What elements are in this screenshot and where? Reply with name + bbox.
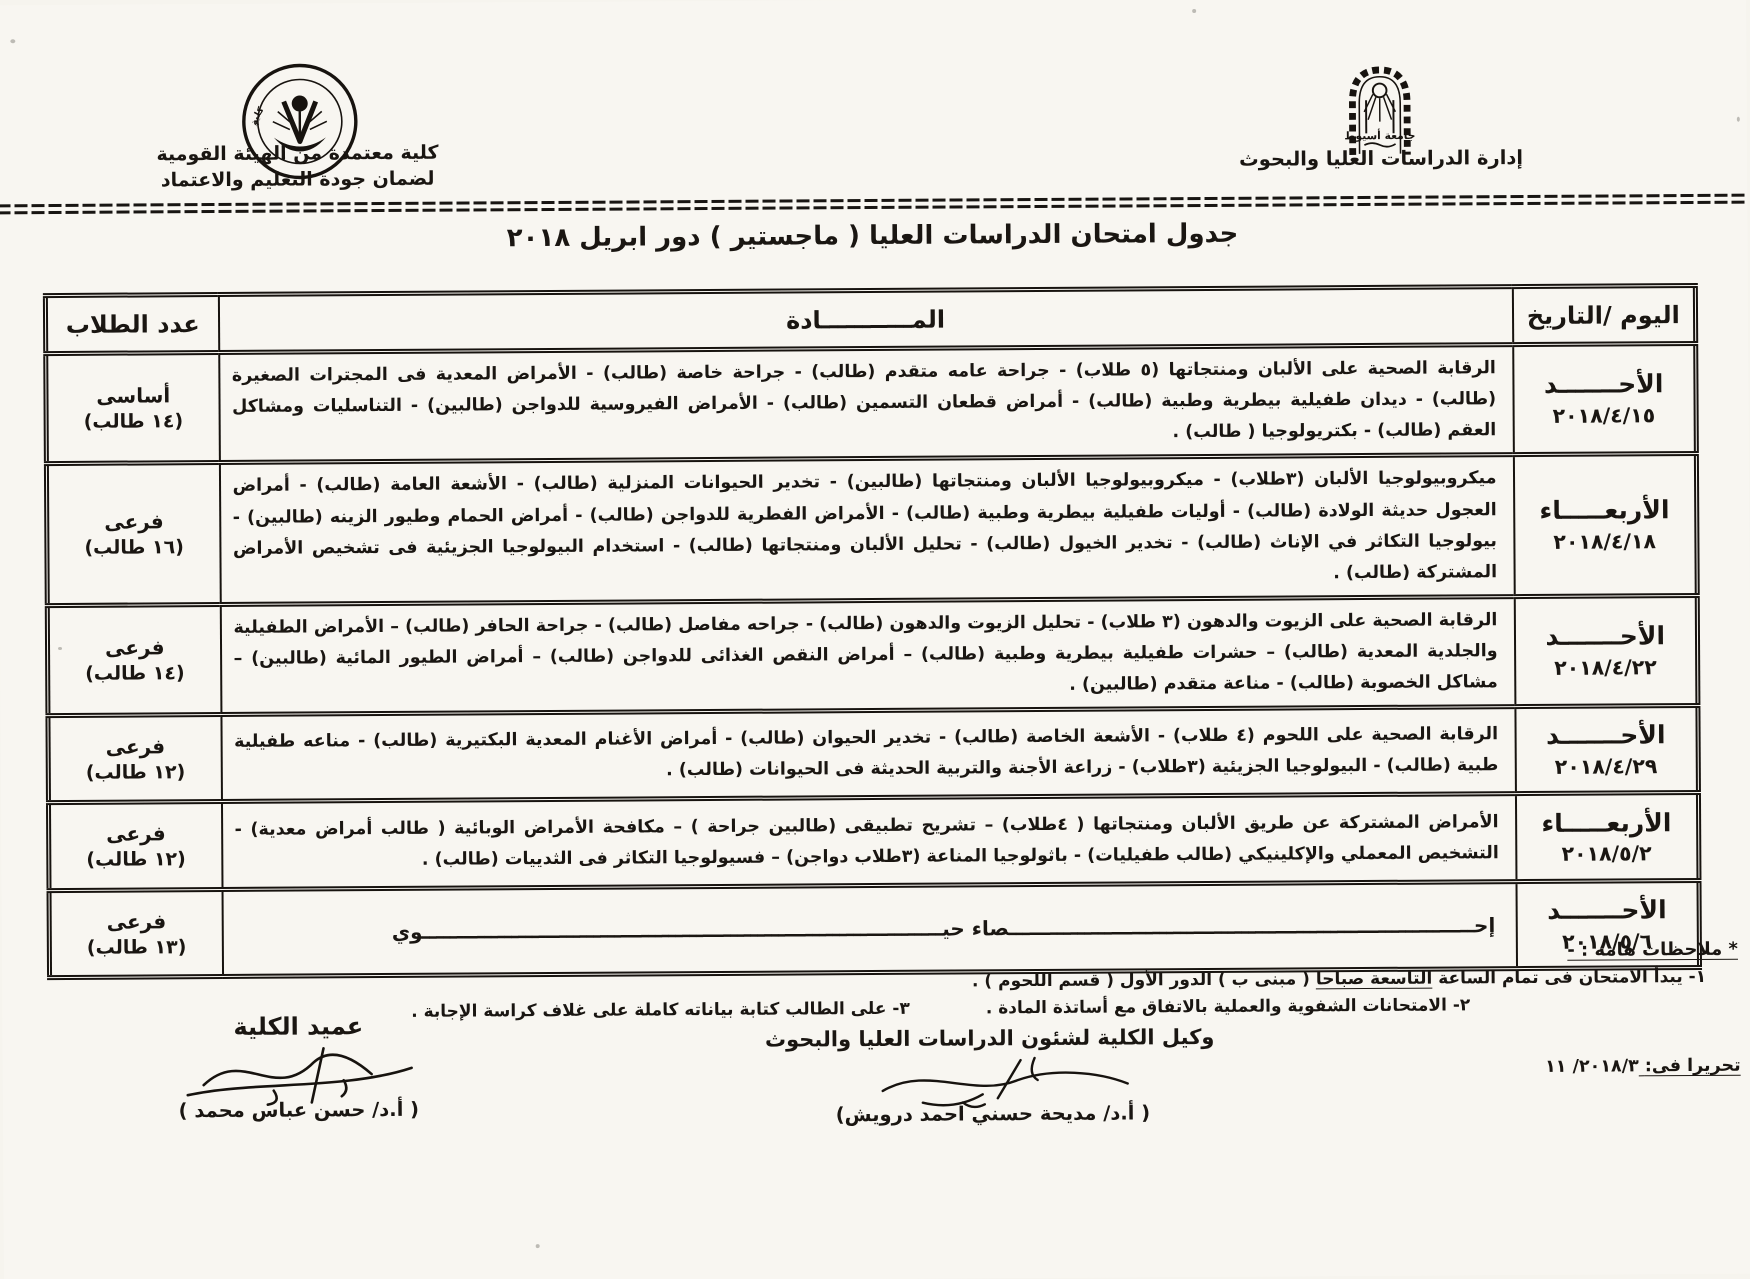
dean-name: ( أ.د/ حسن عباس محمد ) — [141, 1098, 457, 1123]
exam-date: ٢٠١٨/٤/١٨ — [1553, 529, 1656, 554]
count-number: (١٤ طالب) — [50, 662, 220, 685]
logo-sun-rays — [1364, 83, 1396, 133]
scan-speck — [1737, 117, 1740, 122]
table-row: الأحـــــــد ٢٠١٨/٤/٢٩ الرقابة الصحية عل… — [48, 706, 1699, 803]
vice-dean-title: وكيل الكلية لشئون الدراسات العليا والبحو… — [770, 1025, 1214, 1052]
scan-speck — [10, 39, 15, 43]
issued-label: تحريرا فى: — [1645, 1056, 1741, 1077]
count-type: فرعى — [49, 509, 219, 534]
table-row: الأربعـــــاء ٢٠١٨/٥/٢ الأمراض المشتركة … — [48, 793, 1699, 891]
table-row: الأحـــــــد ٢٠١٨/٤/١٥ الرقابة الصحية عل… — [46, 343, 1697, 463]
day-name: الأربعـــــاء — [1515, 496, 1695, 526]
logo-caption: جامعة أسيوط — [1344, 128, 1415, 142]
table-row: الأحـــــــد ٢٠١٨/٤/٢٢ الرقابة الصحية عل… — [47, 595, 1698, 715]
scan-speck — [58, 647, 62, 650]
exam-date: ٢٠١٨/٤/١٥ — [1553, 403, 1656, 428]
accreditation-text: كلية معتمدة من الهيئة القومية لضمان جودة… — [125, 140, 470, 193]
vice-dean-name: ( أ.د/ مديحة حسني احمد درويش) — [771, 1101, 1215, 1127]
issued-date-line: تحريرا فى: ٢٠١٨/٣/ ١١ — [1545, 1056, 1741, 1077]
signature-area: تحريرا فى: ٢٠١٨/٣/ ١١ وكيل الكلية لشئون … — [2, 1000, 1750, 1279]
count-type: أساسى — [48, 383, 218, 408]
day-name: الأربعـــــاء — [1517, 809, 1697, 839]
scan-speck — [1192, 9, 1196, 13]
dashed-separator — [0, 194, 1747, 217]
subject-text: الرقابة الصحية على الزيوت والدهون (٣ طلا… — [220, 597, 1515, 715]
exam-date: ٢٠١٨/٥/٢ — [1561, 842, 1651, 867]
exam-date: ٢٠١٨/٤/٢٩ — [1555, 754, 1658, 779]
scan-speck — [536, 1244, 540, 1248]
count-type: فرعى — [51, 734, 221, 759]
day-name: الأحـــــــد — [1516, 721, 1696, 751]
scanned-exam-schedule-document: كلية الطب البيطري Faculty of Veterinary … — [0, 0, 1750, 1279]
header-subject: المـــــــــــادة — [218, 287, 1512, 353]
exam-schedule-table: اليوم /التاريخ المـــــــــــادة عدد الط… — [43, 283, 1702, 981]
header-day-date: اليوم /التاريخ — [1512, 285, 1695, 344]
accreditation-line-2: لضمان جودة التعليم والاعتماد — [125, 166, 470, 194]
dean-block: عميد الكلية ( أ.د/ حسن عباس محمد ) — [140, 1012, 457, 1123]
university-logo-icon: جامعة أسيوط — [1340, 61, 1419, 159]
vice-dean-block: وكيل الكلية لشئون الدراسات العليا والبحو… — [770, 1025, 1215, 1127]
count-number: (١٦ طالب) — [49, 536, 219, 559]
note-1: ١- يبدأ الامتحان فى تمام الساعة التاسعة … — [16, 967, 1738, 998]
table-row: الأربعـــــاء ٢٠١٨/٤/١٨ ميكروبيولوجيا ال… — [46, 454, 1697, 606]
dean-title: عميد الكلية — [140, 1012, 456, 1042]
count-type: فرعى — [50, 635, 220, 660]
department-title: إدارة الدراسات العليا والبحوث — [1225, 146, 1537, 171]
header-student-count: عدد الطلاب — [45, 295, 218, 354]
count-number: (١٤ طالب) — [49, 410, 219, 433]
subject-text: الرقابة الصحية على اللحوم (٤ طلاب) - الأ… — [221, 707, 1516, 802]
count-type: فرعى — [51, 821, 221, 846]
subject-text: ميكروبيولوجيا الألبان (٣طلاب) - ميكروبيو… — [219, 455, 1514, 604]
document-title: جدول امتحان الدراسات العليا ( ماجستير ) … — [0, 216, 1748, 257]
subject-text: الأمراض المشتركة عن طريق الألبان ومنتجات… — [221, 794, 1516, 890]
day-name: الأحـــــــد — [1517, 896, 1697, 926]
day-name: الأحـــــــد — [1515, 622, 1695, 652]
table-header-row: اليوم /التاريخ المـــــــــــادة عدد الط… — [45, 285, 1695, 353]
issued-date: ٢٠١٨/٣/ ١١ — [1545, 1056, 1639, 1077]
accreditation-line-1: كلية معتمدة من الهيئة القومية — [125, 140, 470, 168]
count-number: (١٢ طالب) — [51, 761, 221, 784]
exam-date: ٢٠١٨/٤/٢٢ — [1554, 655, 1657, 680]
day-name: الأحـــــــد — [1514, 370, 1694, 400]
subject-text: الرقابة الصحية على الألبان ومنتجاتها (٥ … — [219, 345, 1514, 463]
count-type: فرعى — [52, 909, 222, 934]
count-number: (١٢ طالب) — [51, 848, 221, 871]
note-1-underlined: التاسعة صباحا — [1316, 969, 1433, 990]
